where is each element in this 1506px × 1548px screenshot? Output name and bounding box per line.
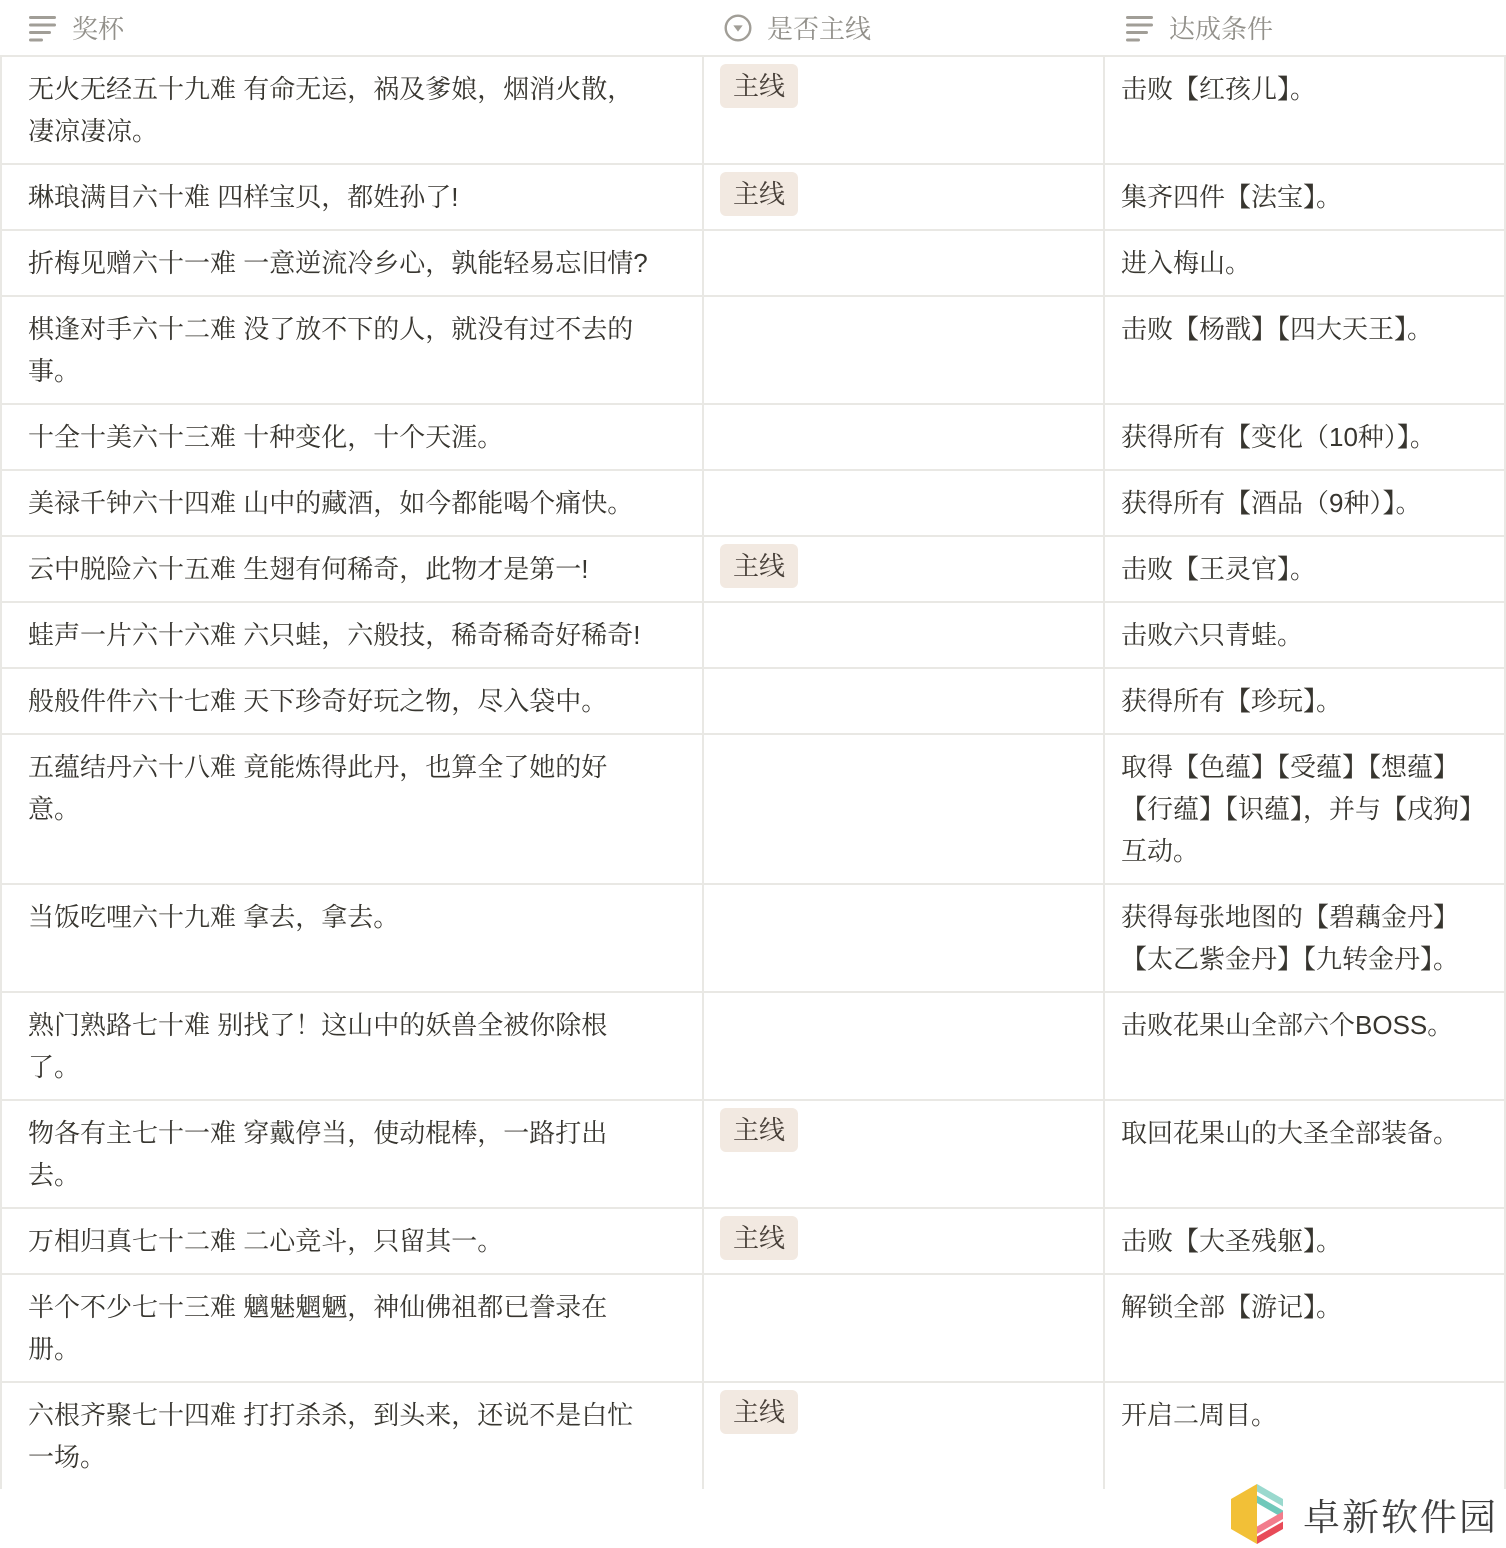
condition-cell[interactable]: 获得所有【珍玩】。 (1105, 669, 1504, 733)
text-lines-icon (28, 13, 58, 43)
condition-cell[interactable]: 击败【王灵官】。 (1105, 537, 1504, 601)
trophy-cell-text: 六根齐聚七十四难 打打杀杀，到头来，还说不是白忙一场。 (28, 1400, 633, 1472)
header-cell-trophy[interactable]: 奖杯 (0, 0, 704, 55)
table-row: 琳琅满目六十难 四样宝贝，都姓孙了! 主线 集齐四件【法宝】。 (2, 165, 1504, 231)
trophy-cell[interactable]: 六根齐聚七十四难 打打杀杀，到头来，还说不是白忙一场。 (2, 1383, 704, 1489)
trophy-cell[interactable]: 半个不少七十三难 魑魅魍魉，神仙佛祖都已誊录在册。 (2, 1275, 704, 1381)
trophy-cell-text: 无火无经五十九难 有命无运，祸及爹娘，烟消火散，凄凉凄凉。 (28, 74, 633, 146)
condition-cell-text: 解锁全部【游记】。 (1121, 1292, 1342, 1322)
trophy-cell[interactable]: 棋逢对手六十二难 没了放不下的人，就没有过不去的事。 (2, 297, 704, 403)
trophy-cell-text: 万相归真七十二难 二心竞斗，只留其一。 (28, 1226, 503, 1256)
mainline-tag: 主线 (720, 1390, 798, 1434)
header-label-mainline: 是否主线 (767, 9, 871, 46)
trophy-cell[interactable]: 五蕴结丹六十八难 竟能炼得此丹，也算全了她的好意。 (2, 735, 704, 883)
trophies-table: 奖杯 是否主线 达成条件 无火无经五十九难 有命无运，祸及爹娘，烟消火散，凄凉凄… (0, 0, 1506, 1489)
mainline-cell[interactable]: 主线 (704, 165, 1105, 229)
mainline-cell[interactable] (704, 231, 1105, 295)
table-header: 奖杯 是否主线 达成条件 (0, 0, 1506, 57)
table-row: 当饭吃哩六十九难 拿去，拿去。 获得每张地图的【碧藕金丹】【太乙紫金丹】【九转金… (2, 885, 1504, 993)
condition-cell-text: 取回花果山的大圣全部装备。 (1121, 1118, 1459, 1148)
header-cell-mainline[interactable]: 是否主线 (704, 0, 1105, 55)
condition-cell-text: 开启二周目。 (1121, 1400, 1277, 1430)
mainline-cell[interactable] (704, 993, 1105, 1099)
header-label-trophy: 奖杯 (72, 9, 124, 46)
condition-cell-text: 击败花果山全部六个BOSS。 (1121, 1010, 1453, 1040)
condition-cell-text: 击败【红孩儿】。 (1121, 74, 1316, 104)
mainline-cell[interactable]: 主线 (704, 1383, 1105, 1489)
condition-cell[interactable]: 开启二周目。 (1105, 1383, 1504, 1489)
trophy-cell-text: 云中脱险六十五难 生翅有何稀奇，此物才是第一! (28, 554, 588, 584)
mainline-tag: 主线 (720, 1108, 798, 1152)
condition-cell[interactable]: 获得所有【酒品（9种）】。 (1105, 471, 1504, 535)
table-row: 熟门熟路七十难 别找了！这山中的妖兽全被你除根了。 击败花果山全部六个BOSS。 (2, 993, 1504, 1101)
trophy-cell[interactable]: 万相归真七十二难 二心竞斗，只留其一。 (2, 1209, 704, 1273)
condition-cell-text: 获得所有【酒品（9种）】。 (1121, 488, 1421, 518)
condition-cell-text: 获得每张地图的【碧藕金丹】【太乙紫金丹】【九转金丹】。 (1121, 902, 1459, 974)
mainline-cell[interactable] (704, 735, 1105, 883)
condition-cell-text: 集齐四件【法宝】。 (1121, 182, 1342, 212)
condition-cell[interactable]: 获得所有【变化（10种）】。 (1105, 405, 1504, 469)
table-row: 物各有主七十一难 穿戴停当，使动棍棒，一路打出去。 主线 取回花果山的大圣全部装… (2, 1101, 1504, 1209)
table-row: 云中脱险六十五难 生翅有何稀奇，此物才是第一! 主线 击败【王灵官】。 (2, 537, 1504, 603)
condition-cell[interactable]: 击败【杨戬】【四大天王】。 (1105, 297, 1504, 403)
mainline-cell[interactable] (704, 297, 1105, 403)
cube-logo-icon (1223, 1482, 1291, 1546)
trophy-cell-text: 半个不少七十三难 魑魅魍魉，神仙佛祖都已誊录在册。 (28, 1292, 607, 1364)
table-row: 无火无经五十九难 有命无运，祸及爹娘，烟消火散，凄凉凄凉。 主线 击败【红孩儿】… (2, 57, 1504, 165)
text-lines-icon (1125, 13, 1155, 43)
condition-cell[interactable]: 击败【红孩儿】。 (1105, 57, 1504, 163)
trophy-cell[interactable]: 无火无经五十九难 有命无运，祸及爹娘，烟消火散，凄凉凄凉。 (2, 57, 704, 163)
table-row: 折梅见赠六十一难 一意逆流冷乡心，孰能轻易忘旧情? 进入梅山。 (2, 231, 1504, 297)
condition-cell[interactable]: 取回花果山的大圣全部装备。 (1105, 1101, 1504, 1207)
condition-cell-text: 获得所有【珍玩】。 (1121, 686, 1342, 716)
trophy-cell[interactable]: 美禄千钟六十四难 山中的藏酒，如今都能喝个痛快。 (2, 471, 704, 535)
table-row: 五蕴结丹六十八难 竟能炼得此丹，也算全了她的好意。 取得【色蕴】【受蕴】【想蕴】… (2, 735, 1504, 885)
trophy-cell-text: 蛙声一片六十六难 六只蛙，六般技，稀奇稀奇好稀奇! (28, 620, 640, 650)
condition-cell[interactable]: 击败六只青蛙。 (1105, 603, 1504, 667)
trophy-cell[interactable]: 云中脱险六十五难 生翅有何稀奇，此物才是第一! (2, 537, 704, 601)
trophy-cell-text: 熟门熟路七十难 别找了！这山中的妖兽全被你除根了。 (28, 1010, 607, 1082)
condition-cell[interactable]: 获得每张地图的【碧藕金丹】【太乙紫金丹】【九转金丹】。 (1105, 885, 1504, 991)
table-row: 十全十美六十三难 十种变化，十个天涯。 获得所有【变化（10种）】。 (2, 405, 1504, 471)
mainline-cell[interactable]: 主线 (704, 1101, 1105, 1207)
condition-cell[interactable]: 进入梅山。 (1105, 231, 1504, 295)
condition-cell-text: 击败六只青蛙。 (1121, 620, 1303, 650)
condition-cell-text: 进入梅山。 (1121, 248, 1251, 278)
mainline-cell[interactable] (704, 669, 1105, 733)
trophy-cell-text: 棋逢对手六十二难 没了放不下的人，就没有过不去的事。 (28, 314, 633, 386)
trophy-cell-text: 折梅见赠六十一难 一意逆流冷乡心，孰能轻易忘旧情? (28, 248, 648, 278)
table-row: 美禄千钟六十四难 山中的藏酒，如今都能喝个痛快。 获得所有【酒品（9种）】。 (2, 471, 1504, 537)
trophy-cell-text: 琳琅满目六十难 四样宝贝，都姓孙了! (28, 182, 458, 212)
mainline-cell[interactable]: 主线 (704, 57, 1105, 163)
condition-cell-text: 击败【杨戬】【四大天王】。 (1121, 314, 1433, 344)
trophy-cell[interactable]: 十全十美六十三难 十种变化，十个天涯。 (2, 405, 704, 469)
table-row: 六根齐聚七十四难 打打杀杀，到头来，还说不是白忙一场。 主线 开启二周目。 (2, 1383, 1504, 1489)
mainline-cell[interactable] (704, 1275, 1105, 1381)
condition-cell[interactable]: 集齐四件【法宝】。 (1105, 165, 1504, 229)
header-label-condition: 达成条件 (1169, 9, 1273, 46)
trophy-cell-text: 当饭吃哩六十九难 拿去，拿去。 (28, 902, 399, 932)
trophy-cell[interactable]: 物各有主七十一难 穿戴停当，使动棍棒，一路打出去。 (2, 1101, 704, 1207)
condition-cell[interactable]: 解锁全部【游记】。 (1105, 1275, 1504, 1381)
mainline-cell[interactable]: 主线 (704, 1209, 1105, 1273)
trophy-cell[interactable]: 琳琅满目六十难 四样宝贝，都姓孙了! (2, 165, 704, 229)
mainline-cell[interactable]: 主线 (704, 537, 1105, 601)
trophy-cell[interactable]: 熟门熟路七十难 别找了！这山中的妖兽全被你除根了。 (2, 993, 704, 1099)
trophy-cell[interactable]: 折梅见赠六十一难 一意逆流冷乡心，孰能轻易忘旧情? (2, 231, 704, 295)
mainline-tag: 主线 (720, 172, 798, 216)
condition-cell[interactable]: 取得【色蕴】【受蕴】【想蕴】【行蕴】【识蕴】，并与【戌狗】互动。 (1105, 735, 1504, 883)
mainline-cell[interactable] (704, 603, 1105, 667)
trophy-cell-text: 美禄千钟六十四难 山中的藏酒，如今都能喝个痛快。 (28, 488, 633, 518)
table-row: 半个不少七十三难 魑魅魍魉，神仙佛祖都已誊录在册。 解锁全部【游记】。 (2, 1275, 1504, 1383)
condition-cell[interactable]: 击败【大圣残躯】。 (1105, 1209, 1504, 1273)
select-dropdown-icon (723, 13, 753, 43)
condition-cell[interactable]: 击败花果山全部六个BOSS。 (1105, 993, 1504, 1099)
condition-cell-text: 取得【色蕴】【受蕴】【想蕴】【行蕴】【识蕴】，并与【戌狗】互动。 (1121, 752, 1485, 866)
watermark: 卓新软件园 (1217, 1482, 1498, 1546)
trophy-cell-text: 物各有主七十一难 穿戴停当，使动棍棒，一路打出去。 (28, 1118, 607, 1190)
mainline-tag: 主线 (720, 64, 798, 108)
trophy-cell[interactable]: 蛙声一片六十六难 六只蛙，六般技，稀奇稀奇好稀奇! (2, 603, 704, 667)
trophy-cell[interactable]: 当饭吃哩六十九难 拿去，拿去。 (2, 885, 704, 991)
condition-cell-text: 击败【王灵官】。 (1121, 554, 1316, 584)
table-row: 般般件件六十七难 天下珍奇好玩之物，尽入袋中。 获得所有【珍玩】。 (2, 669, 1504, 735)
condition-cell-text: 获得所有【变化（10种）】。 (1121, 422, 1436, 452)
mainline-cell[interactable] (704, 471, 1105, 535)
table-body: 无火无经五十九难 有命无运，祸及爹娘，烟消火散，凄凉凄凉。 主线 击败【红孩儿】… (0, 57, 1506, 1489)
table-row: 蛙声一片六十六难 六只蛙，六般技，稀奇稀奇好稀奇! 击败六只青蛙。 (2, 603, 1504, 669)
mainline-tag: 主线 (720, 1216, 798, 1260)
trophy-cell[interactable]: 般般件件六十七难 天下珍奇好玩之物，尽入袋中。 (2, 669, 704, 733)
table-row: 棋逢对手六十二难 没了放不下的人，就没有过不去的事。 击败【杨戬】【四大天王】。 (2, 297, 1504, 405)
mainline-tag: 主线 (720, 544, 798, 588)
trophy-cell-text: 十全十美六十三难 十种变化，十个天涯。 (28, 422, 503, 452)
trophy-cell-text: 般般件件六十七难 天下珍奇好玩之物，尽入袋中。 (28, 686, 607, 716)
mainline-cell[interactable] (704, 885, 1105, 991)
table-row: 万相归真七十二难 二心竞斗，只留其一。 主线 击败【大圣残躯】。 (2, 1209, 1504, 1275)
trophy-cell-text: 五蕴结丹六十八难 竟能炼得此丹，也算全了她的好意。 (28, 752, 607, 824)
header-cell-condition[interactable]: 达成条件 (1105, 0, 1506, 55)
watermark-text: 卓新软件园 (1303, 1487, 1498, 1541)
mainline-cell[interactable] (704, 405, 1105, 469)
condition-cell-text: 击败【大圣残躯】。 (1121, 1226, 1342, 1256)
